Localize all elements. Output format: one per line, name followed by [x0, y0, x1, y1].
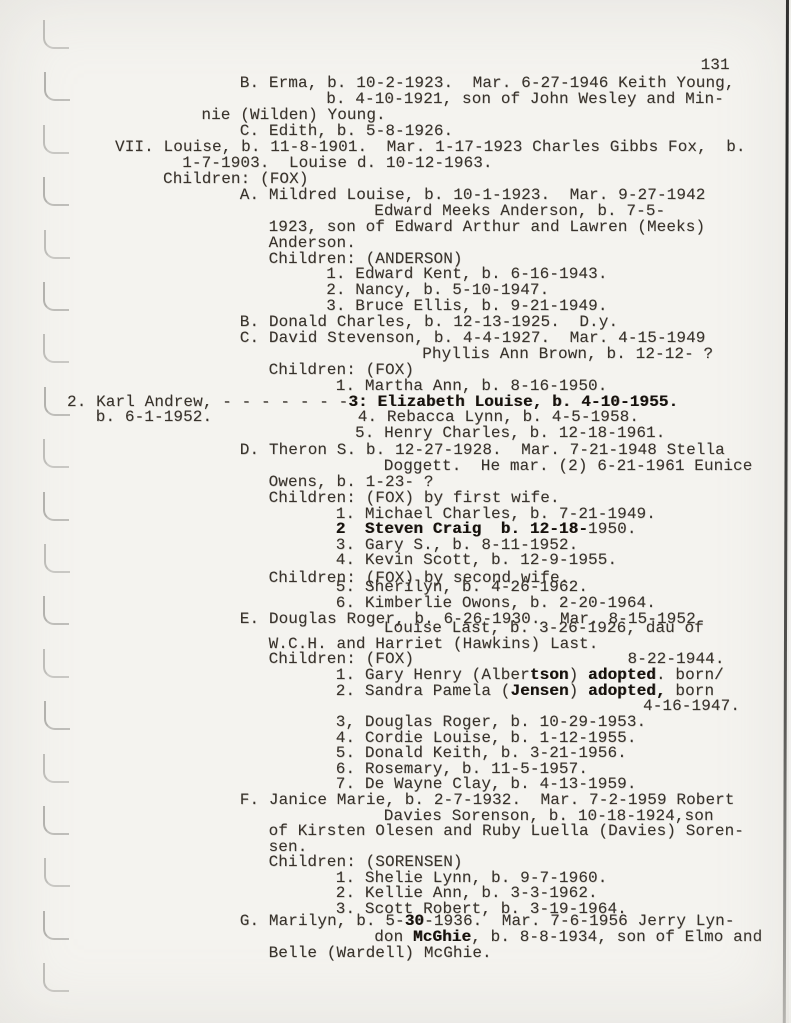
binding-hole-mark	[43, 282, 69, 311]
binding-hole-mark	[43, 125, 69, 154]
text-line: 4-16-1947.	[643, 698, 740, 715]
binding-hole-mark	[43, 492, 69, 521]
binding-hole-mark	[43, 911, 69, 940]
text-line: of Kirsten Olesen and Ruby Luella (Davie…	[269, 823, 744, 840]
binding-hole-mark	[43, 963, 69, 992]
text-line: Phyllis Ann Brown, b. 12-12- ?	[422, 346, 713, 363]
binding-hole-mark	[44, 387, 70, 416]
binding-hole-mark	[44, 72, 70, 101]
scanned-page: 131B. Erma, b. 10-2-1923. Mar. 6-27-1946…	[0, 0, 791, 1023]
text-line: 5. Henry Charles, b. 12-18-1961.	[355, 425, 665, 442]
binding-hole-mark	[44, 544, 70, 573]
binding-hole-mark	[43, 754, 69, 783]
binding-hole-mark	[43, 439, 69, 468]
binding-hole-mark	[43, 806, 69, 835]
page-number: 131	[701, 57, 730, 74]
typewritten-text-layer: 131B. Erma, b. 10-2-1923. Mar. 6-27-1946…	[0, 0, 791, 1023]
binding-hole-mark	[44, 230, 70, 259]
binding-hole-mark	[43, 177, 69, 206]
binding-hole-mark	[44, 701, 70, 730]
binding-hole-mark	[43, 649, 69, 678]
binding-hole-mark	[43, 596, 69, 625]
text-line: b. 4-10-1921, son of John Wesley and Min…	[326, 91, 724, 108]
text-line: 4. Kevin Scott, b. 12-9-1955.	[336, 552, 617, 569]
text-line: Belle (Wardell) McGhie.	[269, 945, 492, 962]
binding-hole-mark	[44, 858, 70, 887]
text-line: Doggett. He mar. (2) 6-21-1961 Eunice	[384, 458, 753, 475]
binding-hole-mark	[43, 334, 69, 363]
binding-hole-mark	[43, 20, 69, 49]
